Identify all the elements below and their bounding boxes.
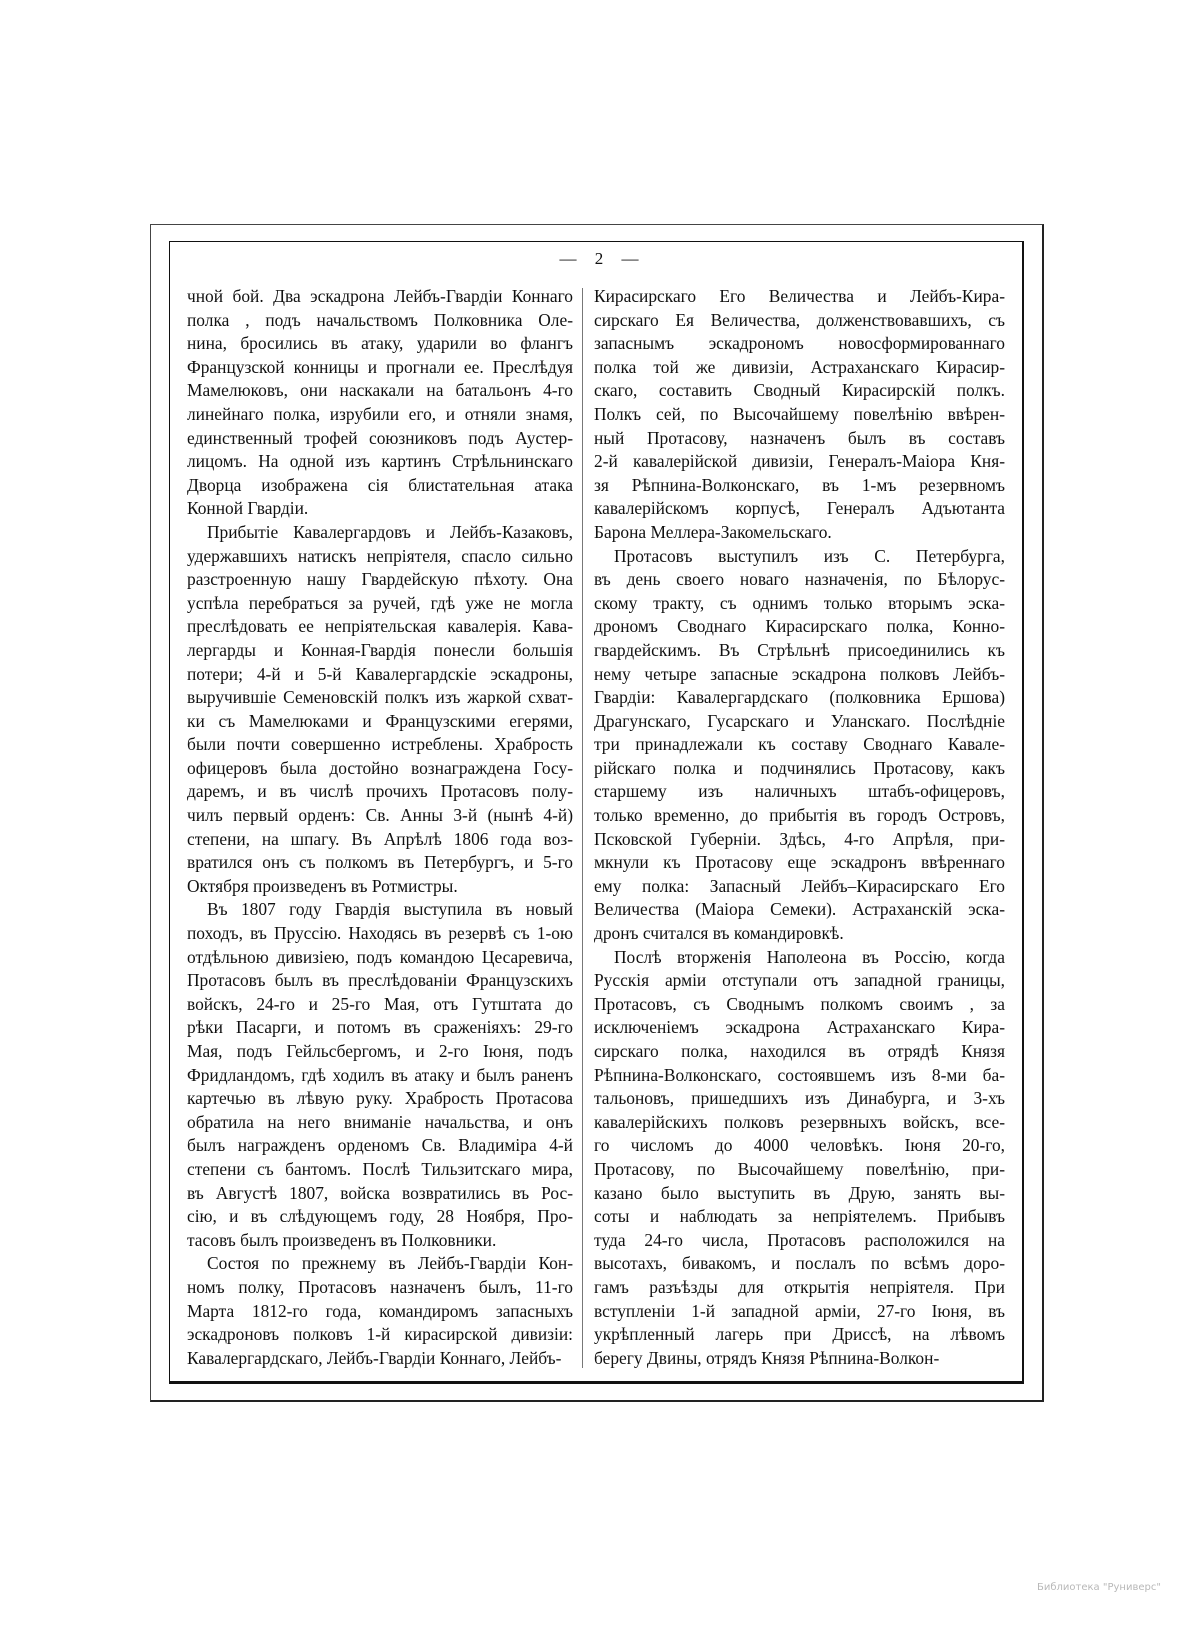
text-line: походъ, въ Пруссію. Находясь въ резервѣ … xyxy=(187,922,573,946)
text-line: ный Протасову, назначенъ былъ въ составъ xyxy=(594,427,1005,451)
text-line: нина, бросились въ атаку, ударили во фла… xyxy=(187,332,573,356)
text-line: Псковской Губерніи. Здѣсь, 4-го Апрѣля, … xyxy=(594,828,1005,852)
text-line: Состоя по прежнему въ Лейбъ-Гвардіи Кон- xyxy=(187,1252,573,1276)
text-line: кавалерійскихъ полковъ резервныхъ войскъ… xyxy=(594,1111,1005,1135)
text-line: Гвардіи: Кавалергардскаго (полковника Ер… xyxy=(594,686,1005,710)
text-line: Русскія арміи отступали отъ западной гра… xyxy=(594,969,1005,993)
text-line: степени, на шпагу. Въ Апрѣлѣ 1806 года в… xyxy=(187,828,573,852)
text-line: вратился онъ съ полкомъ въ Петербургъ, и… xyxy=(187,851,573,875)
text-column-left: чной бой. Два эскадрона Лейбъ-Гвардіи Ко… xyxy=(187,285,573,1370)
text-line: берегу Двины, отрядъ Князя Рѣпнина-Волко… xyxy=(594,1347,1005,1371)
text-line: кавалерійскомъ корпусѣ, Генералъ Адъютан… xyxy=(594,497,1005,521)
text-line: отдѣльною дивизіею, подъ командою Цесаре… xyxy=(187,946,573,970)
text-line: Полкъ сей, по Высочайшему повелѣнію ввѣр… xyxy=(594,403,1005,427)
text-line: Дворца изображена сія блистательная атак… xyxy=(187,474,573,498)
text-line: го числомъ до 4000 человѣкъ. Іюня 20-го, xyxy=(594,1134,1005,1158)
text-line: Конной Гвардіи. xyxy=(187,497,573,521)
text-line: были почти совершенно истреблены. Храбро… xyxy=(187,733,573,757)
text-line: нему четыре запасные эскадрона полковъ Л… xyxy=(594,663,1005,687)
text-line: Протасовъ, съ Своднымъ полкомъ своимъ , … xyxy=(594,993,1005,1017)
text-line: разстроенную нашу Гвардейскую пѣхоту. Он… xyxy=(187,568,573,592)
text-line: Рѣпнина-Волконскаго, состоявшемъ изъ 8-м… xyxy=(594,1064,1005,1088)
text-line: степени съ бантомъ. Послѣ Тильзитскаго м… xyxy=(187,1158,573,1182)
text-line: зя Рѣпнина-Волконскаго, въ 1-мъ резервно… xyxy=(594,474,1005,498)
text-line: лицомъ. На одной изъ картинъ Стрѣльнинск… xyxy=(187,450,573,474)
text-line: Французской конницы и прогнали ее. Пресл… xyxy=(187,356,573,380)
text-line: успѣла перебраться за ручей, гдѣ уже не … xyxy=(187,592,573,616)
text-line: тальоновъ, пришедшихъ изъ Динабурга, и 3… xyxy=(594,1087,1005,1111)
text-line: потери; 4-й и 5-й Кавалергардскіе эскадр… xyxy=(187,663,573,687)
text-line: скаго, составить Сводный Кирасирскій пол… xyxy=(594,379,1005,403)
text-line: чной бой. Два эскадрона Лейбъ-Гвардіи Ко… xyxy=(187,285,573,309)
text-line: Послѣ вторженія Наполеона въ Россію, ког… xyxy=(594,946,1005,970)
header-dash-right: — xyxy=(622,249,641,269)
text-line: сирскаго полка, находился въ отрядѣ Княз… xyxy=(594,1040,1005,1064)
text-line: высотахъ, бивакомъ, и послалъ по всѣмъ д… xyxy=(594,1252,1005,1276)
column-divider xyxy=(582,288,583,1368)
text-line: единственный трофей союзниковъ подъ Ауст… xyxy=(187,427,573,451)
text-line: три принадлежали къ составу Своднаго Кав… xyxy=(594,733,1005,757)
text-line: чилъ первый орденъ: Св. Анны 3-й (нынѣ 4… xyxy=(187,804,573,828)
text-line: офицеровъ была достойно вознаграждена Го… xyxy=(187,757,573,781)
text-line: полка , подъ начальствомъ Полковника Оле… xyxy=(187,309,573,333)
text-line: рѣки Пасарги, и потомъ въ сраженіяхъ: 29… xyxy=(187,1016,573,1040)
page-header: — 2 — xyxy=(0,249,1200,269)
text-line: Мая, подъ Гейльсбергомъ, и 2-го Іюня, по… xyxy=(187,1040,573,1064)
text-line: тасовъ былъ произведенъ въ Полковники. xyxy=(187,1229,573,1253)
text-line: номъ полку, Протасовъ назначенъ былъ, 11… xyxy=(187,1276,573,1300)
text-line: казано было выступить въ Друю, занять вы… xyxy=(594,1182,1005,1206)
text-line: былъ награжденъ орденомъ Св. Владиміра 4… xyxy=(187,1134,573,1158)
library-watermark: Библиотека "Руниверс" xyxy=(1037,1582,1161,1593)
text-line: дронъ считался въ командировкѣ. xyxy=(594,922,1005,946)
text-line: туда 24-го числа, Протасовъ расположился… xyxy=(594,1229,1005,1253)
text-line: картечью въ лѣвую руку. Храбрость Протас… xyxy=(187,1087,573,1111)
text-line: войскъ, 24-го и 25-го Мая, отъ Гутштата … xyxy=(187,993,573,1017)
text-line: Драгунскаго, Гусарскаго и Уланскаго. Пос… xyxy=(594,710,1005,734)
text-line: Барона Меллера-Закомельскаго. xyxy=(594,521,1005,545)
text-line: дрономъ Своднаго Кирасирскаго полка, Кон… xyxy=(594,615,1005,639)
text-line: Кирасирскаго Его Величества и Лейбъ-Кира… xyxy=(594,285,1005,309)
text-line: старшему изъ наличныхъ штабъ-офицеровъ, xyxy=(594,780,1005,804)
text-line: гамъ разъѣзды для открытія непріятеля. П… xyxy=(594,1276,1005,1300)
text-line: выручившіе Семеновскій полкъ изъ жаркой … xyxy=(187,686,573,710)
text-line: ки съ Мамелюками и Французскими егерями, xyxy=(187,710,573,734)
text-line: Протасовъ былъ въ преслѣдованіи Французс… xyxy=(187,969,573,993)
text-line: мкнули къ Протасову еще эскадронъ ввѣрен… xyxy=(594,851,1005,875)
header-dash-left: — xyxy=(560,249,579,269)
text-line: Протасову, по Высочайшему повелѣнію, при… xyxy=(594,1158,1005,1182)
text-line: сію, и въ слѣдующемъ году, 28 Ноября, Пр… xyxy=(187,1205,573,1229)
text-line: гвардейскимъ. Въ Стрѣльнѣ присоединились… xyxy=(594,639,1005,663)
text-line: Марта 1812-го года, командиромъ запасных… xyxy=(187,1300,573,1324)
text-line: запаснымъ эскадрономъ новосформированнаг… xyxy=(594,332,1005,356)
text-line: 2-й кавалерійской дивизіи, Генералъ-Маіо… xyxy=(594,450,1005,474)
text-line: Кавалергардскаго, Лейбъ-Гвардіи Коннаго,… xyxy=(187,1347,573,1371)
text-line: Прибытіе Кавалергардовъ и Лейбъ-Казаковъ… xyxy=(187,521,573,545)
text-line: скому тракту, съ однимъ только вторымъ э… xyxy=(594,592,1005,616)
page-number: 2 xyxy=(595,249,606,268)
text-line: Фридландомъ, гдѣ ходилъ въ атаку и былъ … xyxy=(187,1064,573,1088)
text-line: линейнаго полка, изрубили его, и отняли … xyxy=(187,403,573,427)
text-line: Октября произведенъ въ Ротмистры. xyxy=(187,875,573,899)
text-line: удержавшихъ натискъ непріятеля, спасло с… xyxy=(187,545,573,569)
text-line: въ день своего новаго назначенія, по Бѣл… xyxy=(594,568,1005,592)
text-line: рійскаго полка и подчинялись Протасову, … xyxy=(594,757,1005,781)
text-line: Протасовъ выступилъ изъ С. Петербурга, xyxy=(594,545,1005,569)
text-line: лергарды и Конная-Гвардія понесли больші… xyxy=(187,639,573,663)
text-line: Величества (Маіора Семеки). Астраханскій… xyxy=(594,898,1005,922)
text-line: эскадроновъ полковъ 1-й кирасирской диви… xyxy=(187,1323,573,1347)
text-line: сирскаго Ея Величества, долженствовавших… xyxy=(594,309,1005,333)
text-line: вступленіи 1-й западной арміи, 27-го Іюн… xyxy=(594,1300,1005,1324)
text-line: соты и наблюдать за непріятелемъ. Прибыв… xyxy=(594,1205,1005,1229)
text-line: обратила на него вниманіе начальства, и … xyxy=(187,1111,573,1135)
text-line: ему полка: Запасный Лейбъ–Кирасирскаго Е… xyxy=(594,875,1005,899)
text-line: въ Августѣ 1807, войска возвратились въ … xyxy=(187,1182,573,1206)
text-line: Мамелюковъ, они наскакали на батальонъ 4… xyxy=(187,379,573,403)
text-line: Въ 1807 году Гвардія выступила въ новый xyxy=(187,898,573,922)
text-line: преслѣдовать ее непріятельская кавалерія… xyxy=(187,615,573,639)
text-line: полка той же дивизіи, Астраханскаго Кира… xyxy=(594,356,1005,380)
text-line: дaремъ, и въ числѣ прочихъ Протасовъ пол… xyxy=(187,780,573,804)
text-line: только временно, до прибытія въ городъ О… xyxy=(594,804,1005,828)
text-line: исключеніемъ эскадрона Астраханскаго Кир… xyxy=(594,1016,1005,1040)
text-line: укрѣпленный лагерь при Дриссѣ, на лѣвомъ xyxy=(594,1323,1005,1347)
text-column-right: Кирасирскаго Его Величества и Лейбъ-Кира… xyxy=(594,285,1005,1370)
